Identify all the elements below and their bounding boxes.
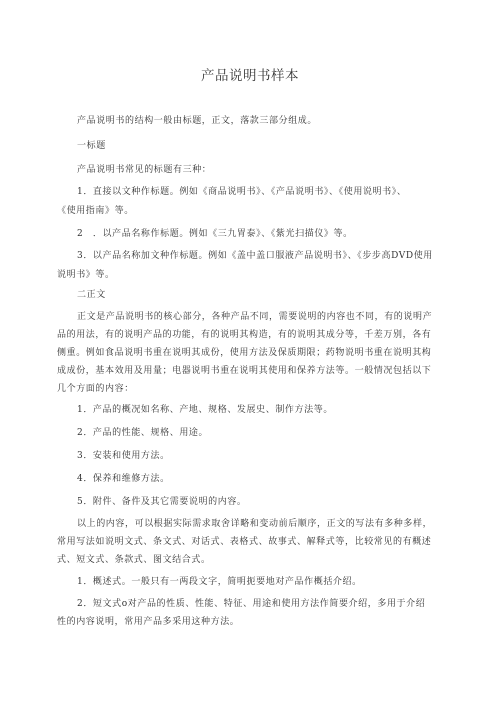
text-line: 2．短文式o对产品的性质、性能、特征、用途和使用方法作简要介绍，多用于介绍 xyxy=(77,596,477,612)
document-title: 产品说明书样本 xyxy=(0,64,500,84)
text-line: 侧重。例如食品说明书重在说明其成份，使用方法及保质期限；药物说明书重在说明其构 xyxy=(57,345,457,361)
document-page: 产品说明书样本 产品说明书的结构一般由标题，正文，落款三部分组成。一标题产品说明… xyxy=(0,0,500,707)
text-line: 1．直接以文种作标题。例如《商品说明书》、《产品说明书》、《使用说明书》、 xyxy=(77,184,477,200)
text-line: 3．以产品名称加文种作标题。例如《盖中盖口服液产品说明书》、《步步高DVD使用 xyxy=(77,248,477,264)
text-line: 以上的内容，可以根据实际需求取舍详略和变动前后顺序，正文的写法有多种多样， xyxy=(77,516,477,532)
text-line: 5．附件、备件及其它需要说明的内容。 xyxy=(77,494,477,510)
text-line: 一标题 xyxy=(77,138,477,154)
text-line: 式、短文式、条款式、图文结合式。 xyxy=(57,552,457,568)
text-line: 产品说明书的结构一般由标题，正文，落款三部分组成。 xyxy=(77,113,477,129)
text-line: 2 ．以产品名称作标题。例如《三九胃泰》、《紫光扫描仪》等。 xyxy=(77,226,477,242)
text-line: 品的用法，有的说明产品的功能，有的说明其构造，有的说明其成分等，千差万别，各有 xyxy=(57,327,457,343)
text-line: 几个方面的内容： xyxy=(57,381,457,397)
text-line: 3．安装和使用方法。 xyxy=(77,448,477,464)
text-line: 4．保养和维修方法。 xyxy=(77,471,477,487)
text-line: 《使用指南》等。 xyxy=(57,203,457,219)
text-line: 1．产品的概况如名称、产地、规格、发展史、制作方法等。 xyxy=(77,402,477,418)
text-line: 产品说明书常见的标题有三种： xyxy=(77,162,477,178)
text-line: 成成份，基本效用及用量；电器说明书重在说明其使用和保养方法等。一般情况包括以下 xyxy=(57,363,457,379)
text-line: 说明书》等。 xyxy=(57,267,457,283)
text-line: 性的内容说明，常用产品多采用这种方法。 xyxy=(57,614,457,630)
text-line: 二正文 xyxy=(77,287,477,303)
text-line: 1．概述式。一般只有一两段文字，简明扼要地对产品作概括介绍。 xyxy=(77,574,477,590)
text-line: 常用写法如说明文式、条文式、对话式、表格式、故事式、解释式等，比较常见的有概述 xyxy=(57,534,457,550)
text-line: 2．产品的性能、规格、用途。 xyxy=(77,425,477,441)
text-line: 正文是产品说明书的核心部分，各种产品不同，需要说明的内容也不同，有的说明产 xyxy=(77,309,477,325)
